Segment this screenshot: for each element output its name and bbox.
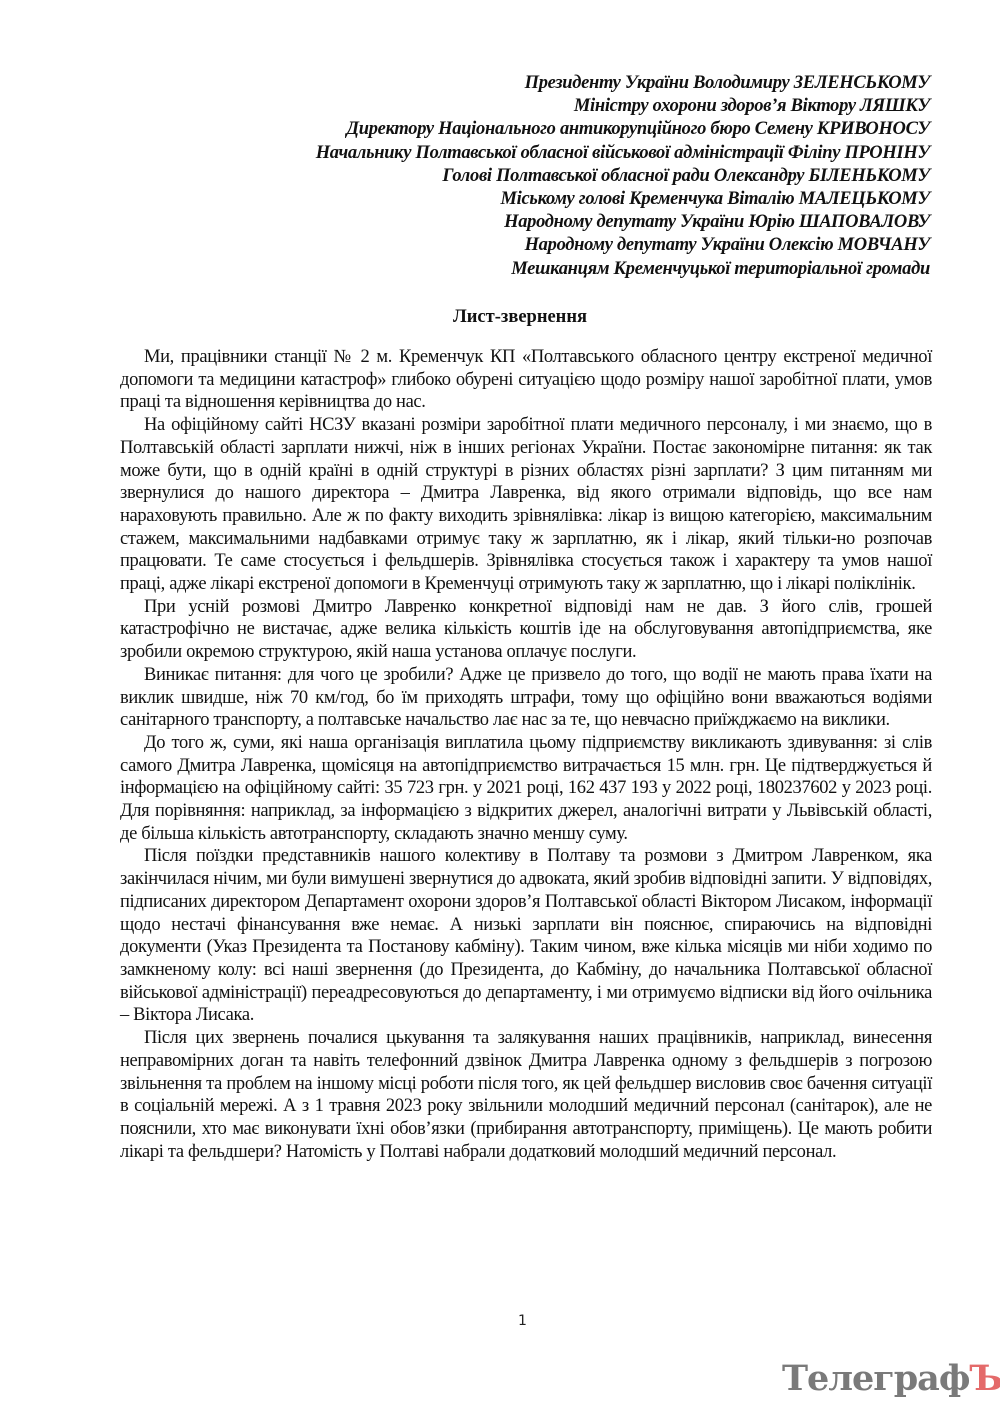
body-paragraph: Виникає питання: для чого це зробили? Ад…	[120, 664, 932, 732]
publisher-watermark-logo: ТелеграфЪ	[782, 1357, 1000, 1401]
addressee-line: Голові Полтавської обласної ради Олексан…	[130, 165, 930, 188]
document-page: Президенту України Володимиру ЗЕЛЕНСЬКОМ…	[0, 0, 1000, 1415]
document-title: Лист-звернення	[0, 306, 1000, 329]
addressee-block: Президенту України Володимиру ЗЕЛЕНСЬКОМ…	[130, 72, 930, 281]
addressee-line: Начальнику Полтавської обласної військов…	[130, 142, 930, 165]
body-paragraph: Після поїздки представників нашого колек…	[120, 845, 932, 1027]
document-body: Ми, працівники станції № 2 м. Кременчук …	[120, 346, 932, 1163]
body-paragraph: При усній розмові Дмитро Лавренко конкре…	[120, 596, 932, 664]
watermark-text: Телеграф	[782, 1358, 969, 1399]
addressee-line: Директору Національного антикорупційного…	[130, 118, 930, 141]
addressee-line: Міністру охорони здоров’я Віктору ЛЯШКУ	[130, 95, 930, 118]
watermark-accent-letter: Ъ	[969, 1358, 1000, 1399]
addressee-line: Народному депутату України Олексію МОВЧА…	[130, 234, 930, 257]
addressee-line: Президенту України Володимиру ЗЕЛЕНСЬКОМ…	[130, 72, 930, 95]
addressee-line: Міському голові Кременчука Віталію МАЛЕЦ…	[130, 188, 930, 211]
body-paragraph: До того ж, суми, які наша організація ви…	[120, 732, 932, 846]
body-paragraph: Після цих звернень почалися цькування та…	[120, 1027, 932, 1163]
body-paragraph: Ми, працівники станції № 2 м. Кременчук …	[120, 346, 932, 414]
page-number: 1	[0, 1313, 1000, 1329]
body-paragraph: На офіційному сайті НСЗУ вказані розміри…	[120, 414, 932, 596]
addressee-line: Мешканцям Кременчуцької територіальної г…	[130, 258, 930, 281]
addressee-line: Народному депутату України Юрію ШАПОВАЛО…	[130, 211, 930, 234]
